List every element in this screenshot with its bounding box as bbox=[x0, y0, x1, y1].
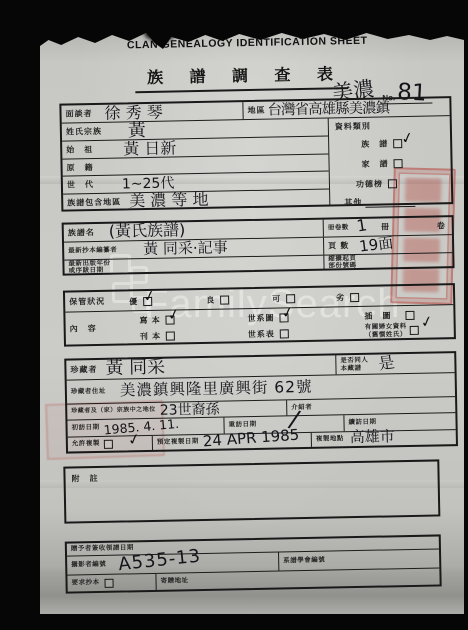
request-copy-label: 要求抄本 bbox=[67, 579, 99, 587]
table-notes: 附 註 bbox=[63, 459, 440, 523]
option-label: 插 圖 bbox=[364, 310, 391, 322]
checkbox bbox=[350, 293, 359, 302]
content-option-illustrations: 插 圖 bbox=[364, 310, 414, 322]
checkbox bbox=[143, 297, 152, 306]
owner-position-label: 珍藏者及（家）宗族中之地位 bbox=[67, 407, 156, 416]
copy-date-label: 預定複製日期 bbox=[153, 438, 199, 446]
volumes-value: 1 bbox=[355, 215, 368, 235]
category-option-clan-genealogy: 族 譜 ✓ bbox=[361, 138, 402, 150]
form-content: CLAN GENEALOGY IDENTIFICATION SHEET 族 譜 … bbox=[35, 24, 468, 618]
receipt-label: 贈予者簽收領譜日期 bbox=[67, 545, 134, 554]
page-title: 族 譜 調 查 表 bbox=[135, 61, 348, 93]
owner-label: 珍藏者 bbox=[66, 364, 97, 376]
option-label: 劣 bbox=[336, 292, 345, 303]
checkbox bbox=[286, 294, 295, 303]
category-label: 資料類別 bbox=[331, 121, 371, 133]
area-label: 族譜包含地區 bbox=[63, 196, 121, 208]
area-value: 美 濃 等 地 bbox=[129, 187, 209, 212]
compiler-label: 最新抄本編纂者 bbox=[64, 246, 117, 255]
paper-sheet: FamilySearch CLAN GENEALOGY IDENTIFICATI… bbox=[40, 28, 464, 614]
option-label: 可 bbox=[272, 293, 281, 304]
checkbox bbox=[104, 439, 113, 448]
checkbox bbox=[220, 295, 229, 304]
volumes-unit-juan: 卷 bbox=[433, 220, 446, 231]
content-label: 內 容 bbox=[66, 323, 97, 335]
condition-option-fair: 可 bbox=[272, 293, 295, 304]
copy-place-label: 複製地點 bbox=[312, 436, 344, 444]
microfilm-label: 縮攝起頁 部份號碼 bbox=[324, 254, 356, 270]
condition-option-good: 良 bbox=[206, 294, 229, 305]
notes-label: 附 註 bbox=[67, 473, 98, 485]
table-condition-content: 保管狀況 優 ✓ 良 可 劣 bbox=[63, 283, 456, 347]
first-ancestor-value: 黃 日新 bbox=[123, 135, 177, 159]
owner-address-label: 珍藏者住址 bbox=[67, 388, 106, 396]
blank-line bbox=[365, 196, 415, 207]
checkbox bbox=[279, 313, 288, 322]
checkbox bbox=[405, 311, 414, 320]
checkbox bbox=[166, 315, 175, 324]
pages-label: 頁 數 bbox=[324, 240, 349, 251]
checkbox bbox=[104, 578, 113, 587]
option-label: 寫 本 bbox=[139, 315, 160, 326]
option-label: 良 bbox=[206, 295, 215, 306]
publication-label: 最新出版年份 或序跋日期 bbox=[64, 259, 110, 275]
content-option-lineage-chart: 世系圖 ✓ bbox=[247, 312, 288, 324]
content-option-printed: 刊 本 bbox=[140, 330, 175, 342]
category-option-merit-board: 功德榜 bbox=[356, 178, 397, 190]
society-number-label: 系譜學會編號 bbox=[279, 557, 325, 565]
checkbox bbox=[388, 179, 397, 188]
checkbox bbox=[280, 329, 289, 338]
option-label: 世系圖 bbox=[247, 313, 274, 325]
same-person-label: 是否同人 本藏譜 bbox=[336, 357, 368, 373]
checkbox bbox=[393, 159, 402, 168]
checkbox bbox=[393, 139, 402, 148]
category-option-family-genealogy: 家 譜 bbox=[361, 158, 402, 170]
volumes-label: 冊卷數 bbox=[324, 224, 349, 232]
district-label: 地區 bbox=[243, 105, 265, 116]
category-option-other: 其他 bbox=[344, 196, 415, 208]
book-name-label: 族譜名 bbox=[64, 227, 95, 239]
option-label: 功德榜 bbox=[356, 178, 383, 190]
sheet-banner: CLAN GENEALOGY IDENTIFICATION SHEET bbox=[35, 33, 459, 53]
interviewer-label: 面談者 bbox=[61, 108, 92, 120]
compiler-value: 黃 同采·記事 bbox=[143, 236, 228, 259]
pages-value: 19面 bbox=[358, 232, 394, 257]
checkbox bbox=[410, 326, 419, 335]
origin-label: 原 籍 bbox=[62, 162, 93, 174]
check-mark: ✓ bbox=[419, 311, 435, 331]
checkbox bbox=[166, 331, 175, 340]
mail-address-label: 寄贈地址 bbox=[156, 578, 188, 586]
option-label: 族 譜 bbox=[361, 138, 388, 150]
scanned-genealogy-sheet: { "colors": { "background": "#060606", "… bbox=[0, 0, 468, 630]
photographer-number-label: 攝影者編號 bbox=[67, 561, 106, 569]
copy-place-value: 高雄市 bbox=[350, 425, 395, 447]
option-label: 優 bbox=[129, 296, 138, 307]
condition-option-poor: 劣 bbox=[336, 292, 359, 303]
owner-address-value: 美濃鎮興隆里廣興街 62號 bbox=[120, 375, 313, 401]
generations-label: 世 代 bbox=[63, 179, 94, 191]
first-ancestor-label: 始 祖 bbox=[62, 144, 93, 156]
option-label: 刊 本 bbox=[140, 331, 161, 342]
option-label: 家 譜 bbox=[361, 158, 388, 170]
copy-permission-label: 允許複製 bbox=[68, 440, 100, 448]
table-admin: 贈予者簽收領譜日期 攝影者編號 A535-13 系譜學會編號 要求抄本 bbox=[65, 534, 442, 593]
same-person-value: 是 bbox=[377, 349, 396, 374]
table-basic-info: 面談者 徐 秀 琴 地區 台灣省高雄縣美濃鎮 姓氏宗族 黃 始 祖 黃 日新 bbox=[59, 96, 453, 212]
condition-option-excellent: 優 ✓ bbox=[129, 296, 152, 307]
condition-label: 保管狀況 bbox=[65, 296, 105, 308]
district-value: 台灣省高雄縣美濃鎮 bbox=[267, 96, 389, 119]
table-owner-info: 珍藏者 黃 同采 是否同人 本藏譜 是 珍藏者住址 美濃鎮興隆里廣興街 62號 … bbox=[64, 351, 458, 454]
volumes-unit-ce: 冊 bbox=[377, 221, 390, 232]
owner-value: 黃 同采 bbox=[105, 353, 165, 380]
content-option-women-data: 有關婦女資料 （舊慣姓氏） ✓ bbox=[365, 323, 419, 339]
content-option-manuscript: 寫 本 ✓ bbox=[139, 314, 174, 326]
table-book-info: 族譜名 (黃氏族譜) 冊卷數 1 冊 卷 最新抄本編纂者 黃 同采·記事 頁 數… bbox=[62, 215, 455, 276]
option-label: 世系表 bbox=[248, 329, 275, 341]
surname-label: 姓氏宗族 bbox=[62, 126, 102, 138]
content-option-lineage-table: 世系表 bbox=[248, 328, 289, 340]
first-visit-label: 初訪日期 bbox=[68, 424, 100, 432]
option-label: 其他 bbox=[344, 197, 362, 208]
